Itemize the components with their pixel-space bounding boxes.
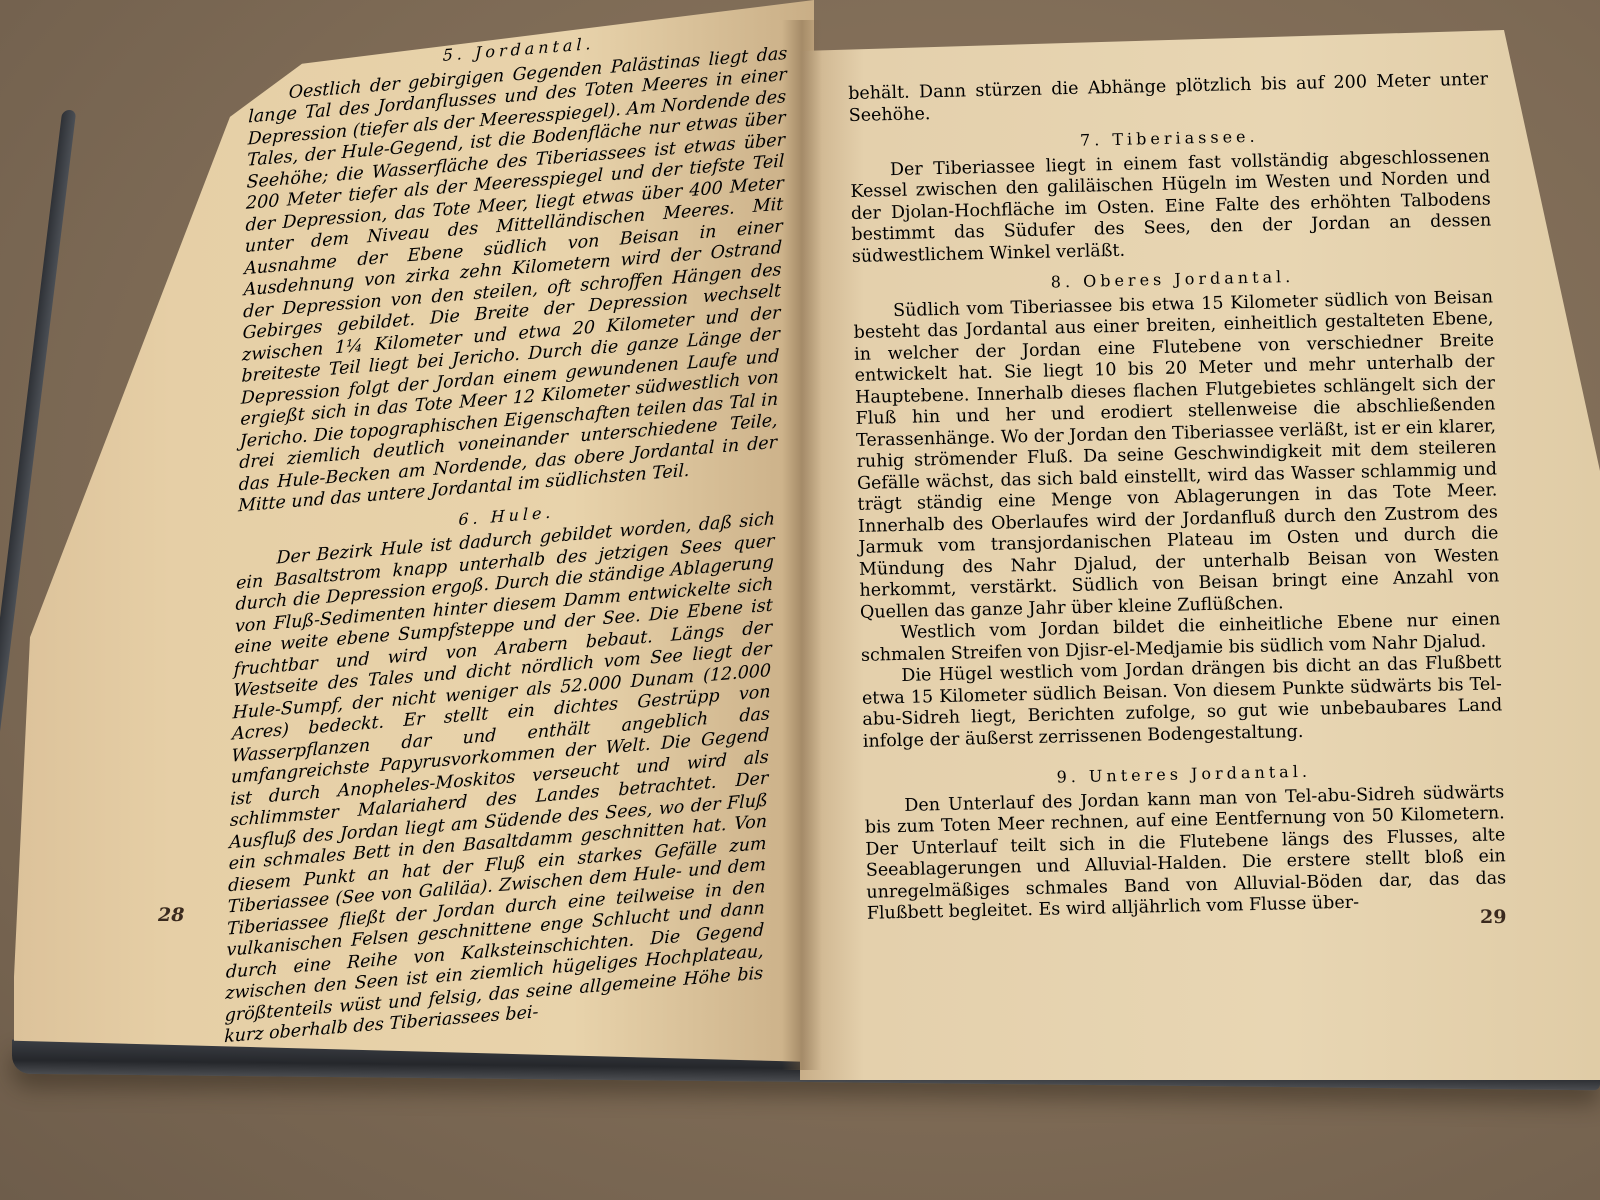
paragraph: Der Bezirk Hule ist dadurch gebildet wor… xyxy=(224,509,775,1048)
book-gutter xyxy=(782,20,822,1070)
open-book: 5. Jordantal. Oestlich der gebirgigen Ge… xyxy=(0,0,1600,1200)
left-page-text: 5. Jordantal. Oestlich der gebirgigen Ge… xyxy=(224,10,788,1049)
paragraph: Den Unterlauf des Jordan kann man von Te… xyxy=(864,782,1507,925)
paragraph: Der Tiberiassee liegt in einem fast voll… xyxy=(850,146,1492,268)
paragraph: Südlich vom Tiberiassee bis etwa 15 Kilo… xyxy=(853,287,1500,624)
right-page-text: behält. Dann stürzen die Abhänge plötzli… xyxy=(848,69,1507,925)
paragraph: Die Hügel westlich vom Jordan drängen bi… xyxy=(861,652,1503,752)
page-number-right: 29 xyxy=(1480,906,1506,928)
page-number-left: 28 xyxy=(158,904,184,926)
paragraph: Oestlich der gebirgigen Gegenden Palästi… xyxy=(238,43,788,518)
